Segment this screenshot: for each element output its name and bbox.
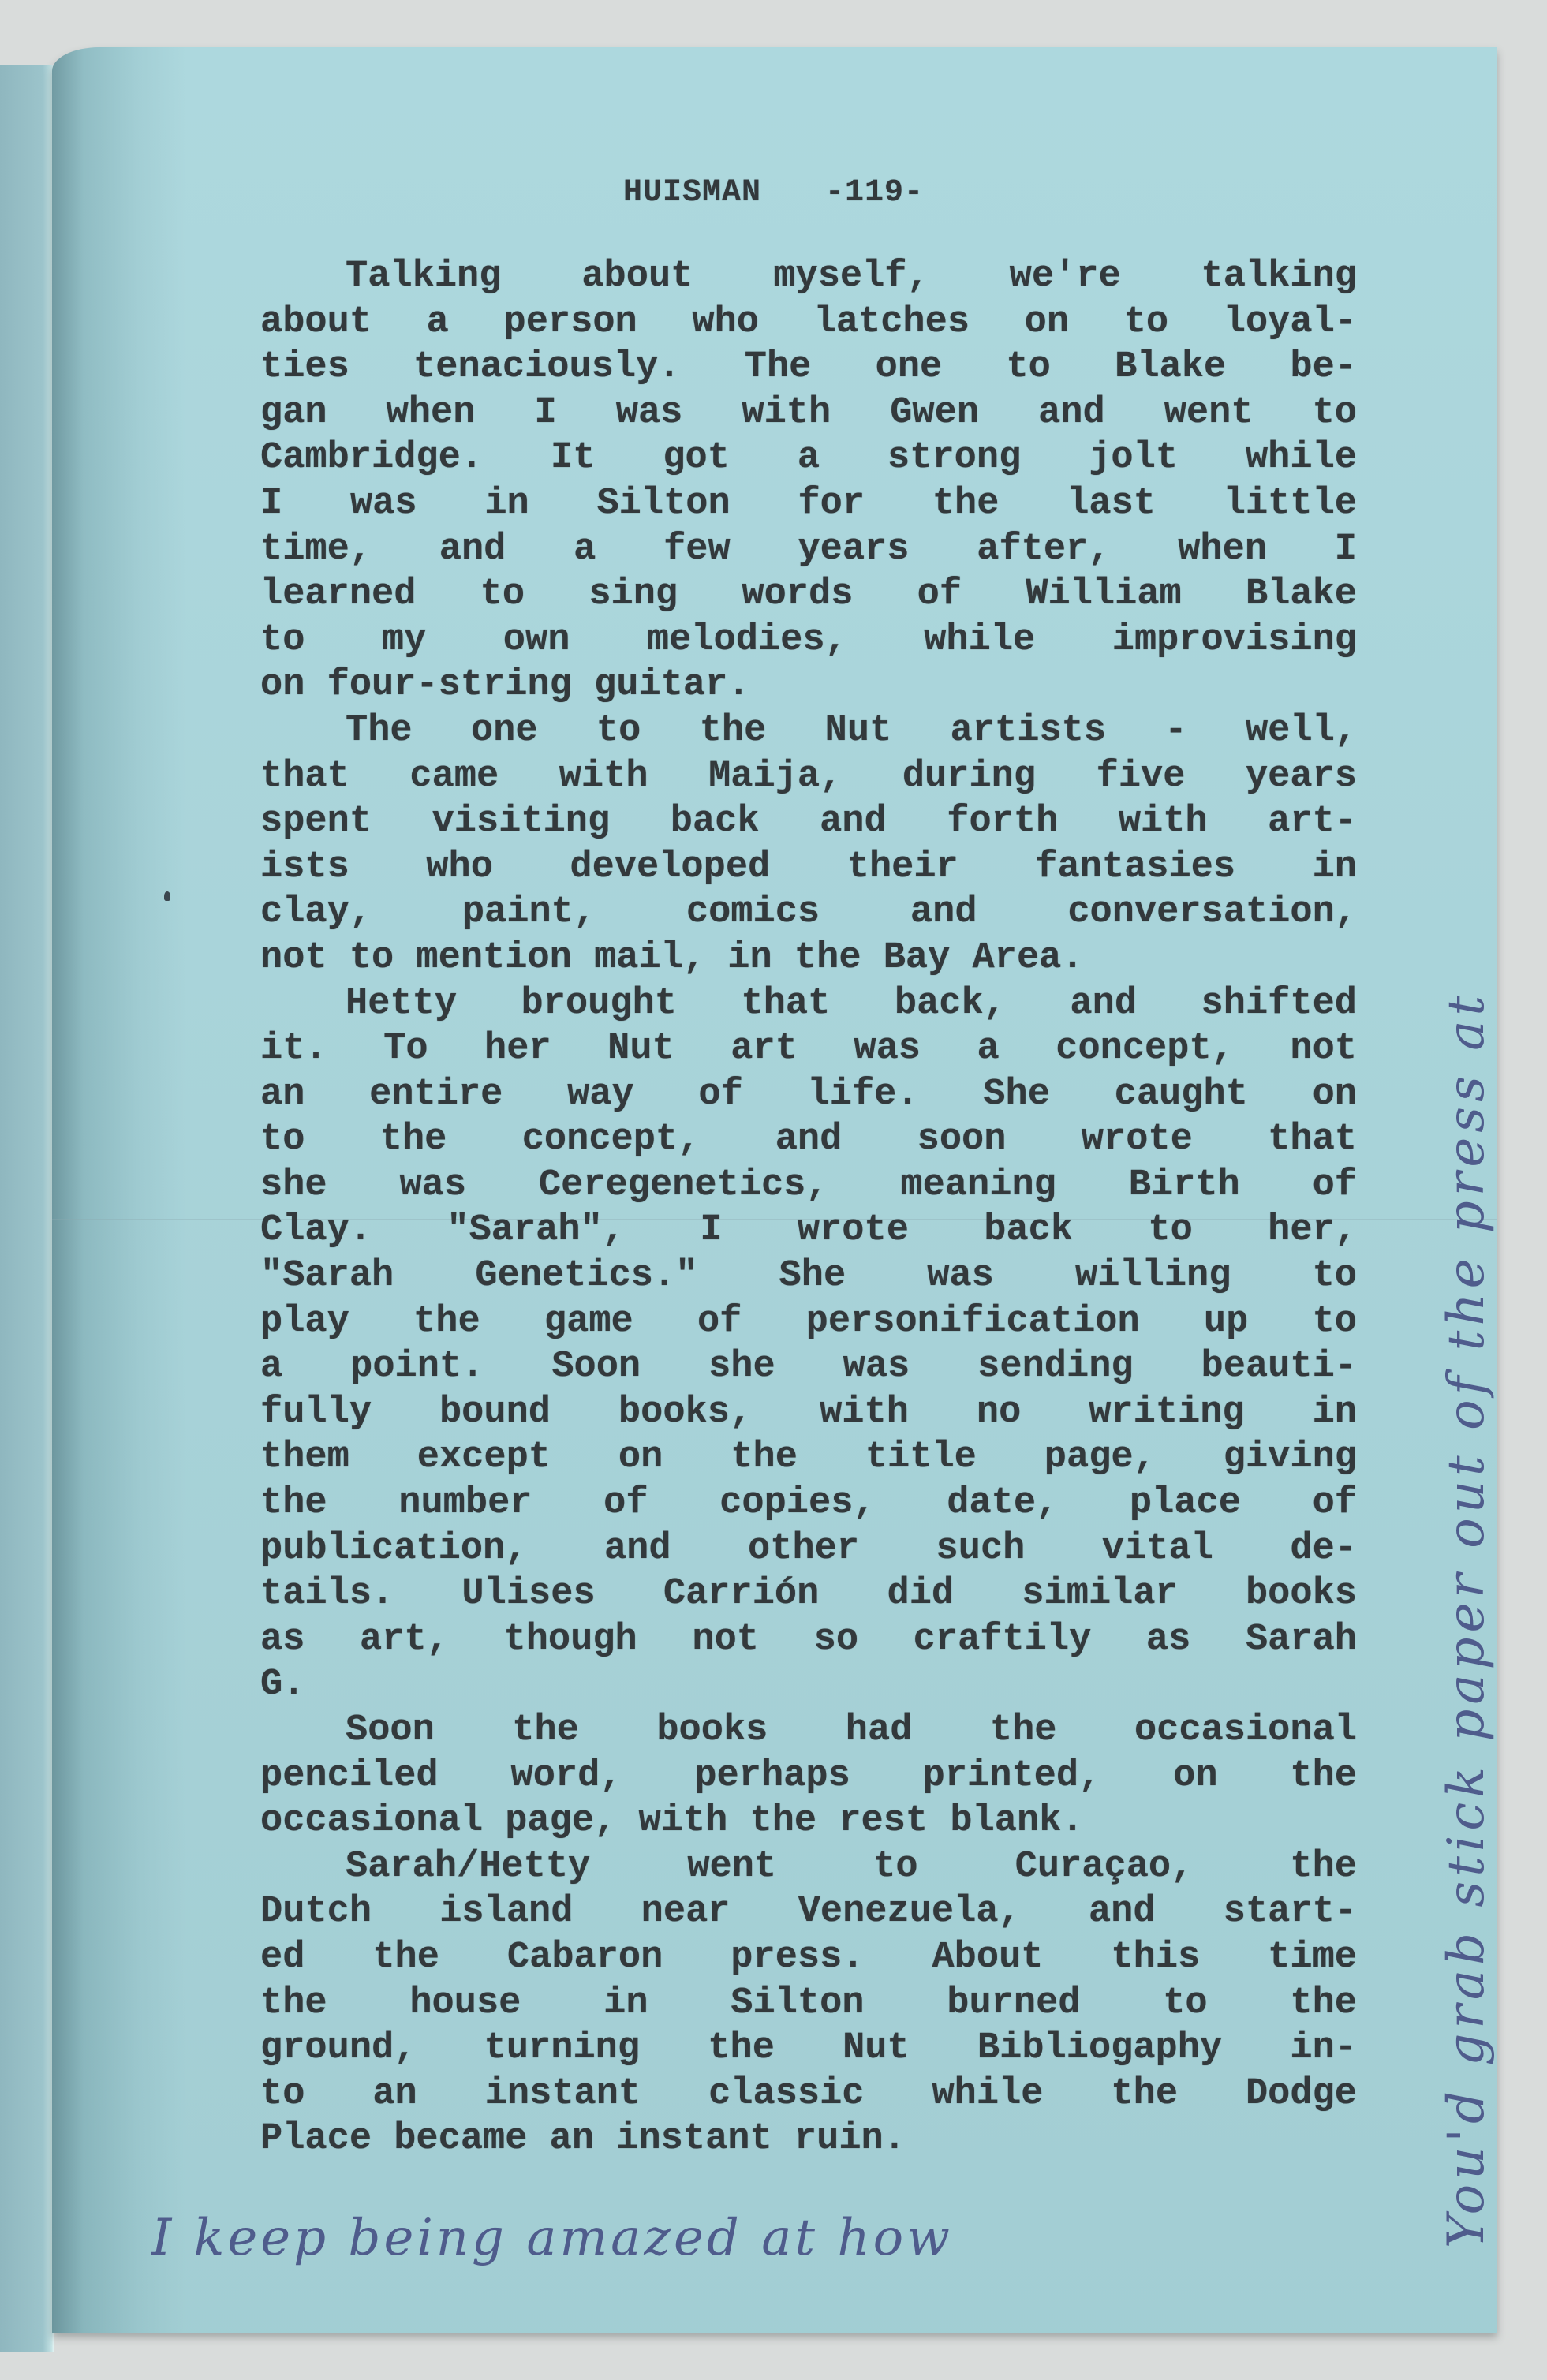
header-author: HUISMAN xyxy=(623,175,761,211)
text-line: Place became an instant ruin. xyxy=(260,2117,1357,2162)
text-line: about a person who latches on to loyal- xyxy=(260,300,1357,346)
text-line: to an instant classic while the Dodge xyxy=(260,2072,1357,2117)
text-line: gan when I was with Gwen and went to xyxy=(260,390,1357,436)
text-line: that came with Maija, during five years xyxy=(260,754,1357,800)
text-line: ground, turning the Nut Bibliogaphy in- xyxy=(260,2026,1357,2072)
text-line: it. To her Nut art was a concept, not xyxy=(260,1026,1357,1072)
text-line: clay, paint, comics and conversation, xyxy=(260,890,1357,936)
text-line: as art, though not so craftily as Sarah xyxy=(260,1617,1357,1663)
text-line: publication, and other such vital de- xyxy=(260,1526,1357,1572)
text-line: penciled word, perhaps printed, on the xyxy=(260,1754,1357,1799)
text-line: to the concept, and soon wrote that xyxy=(260,1117,1357,1163)
text-line: ed the Cabaron press. About this time xyxy=(260,1935,1357,1981)
ink-speck xyxy=(164,891,170,901)
facing-page-edge xyxy=(0,65,54,2352)
text-line: Soon the books had the occasional xyxy=(260,1708,1357,1754)
text-line: Sarah/Hetty went to Curaçao, the xyxy=(260,1844,1357,1890)
text-line: fully bound books, with no writing in xyxy=(260,1390,1357,1436)
text-line: them except on the title page, giving xyxy=(260,1435,1357,1481)
text-line: the house in Silton burned to the xyxy=(260,1981,1357,2027)
text-line: ties tenaciously. The one to Blake be- xyxy=(260,345,1357,390)
text-line: occasional page, with the rest blank. xyxy=(260,1799,1357,1844)
typewritten-body: Talking about myself, we're talkingabout… xyxy=(260,254,1357,2162)
page-header: HUISMAN -119- xyxy=(0,175,1547,211)
text-line: Cambridge. It got a strong jolt while xyxy=(260,435,1357,481)
text-line: play the game of personification up to xyxy=(260,1299,1357,1345)
text-line: ists who developed their fantasies in xyxy=(260,845,1357,891)
text-line: Dutch island near Venezuela, and start- xyxy=(260,1889,1357,1935)
header-page-number: -119- xyxy=(825,175,924,211)
text-line: Talking about myself, we're talking xyxy=(260,254,1357,300)
text-line: Hetty brought that back, and shifted xyxy=(260,981,1357,1027)
text-line: the number of copies, date, place of xyxy=(260,1481,1357,1526)
text-line: The one to the Nut artists - well, xyxy=(260,708,1357,754)
text-line: not to mention mail, in the Bay Area. xyxy=(260,936,1357,981)
text-line: G. xyxy=(260,1662,1357,1708)
handwritten-bottom-note: I keep being amazed at how xyxy=(151,2209,953,2267)
text-line: "Sarah Genetics." She was willing to xyxy=(260,1254,1357,1299)
text-line: to my own melodies, while improvising xyxy=(260,618,1357,663)
text-line: an entire way of life. She caught on xyxy=(260,1072,1357,1118)
text-line: learned to sing words of William Blake xyxy=(260,572,1357,618)
text-line: on four-string guitar. xyxy=(260,663,1357,708)
text-line: a point. Soon she was sending beauti- xyxy=(260,1344,1357,1390)
text-line: Clay. "Sarah", I wrote back to her, xyxy=(260,1208,1357,1254)
handwritten-margin-note: You'd grab stick paper out of the press … xyxy=(1437,991,1496,2248)
text-line: tails. Ulises Carrión did similar books xyxy=(260,1571,1357,1617)
text-line: spent visiting back and forth with art- xyxy=(260,799,1357,845)
text-line: time, and a few years after, when I xyxy=(260,527,1357,573)
text-line: I was in Silton for the last little xyxy=(260,481,1357,527)
text-line: she was Ceregenetics, meaning Birth of xyxy=(260,1163,1357,1209)
